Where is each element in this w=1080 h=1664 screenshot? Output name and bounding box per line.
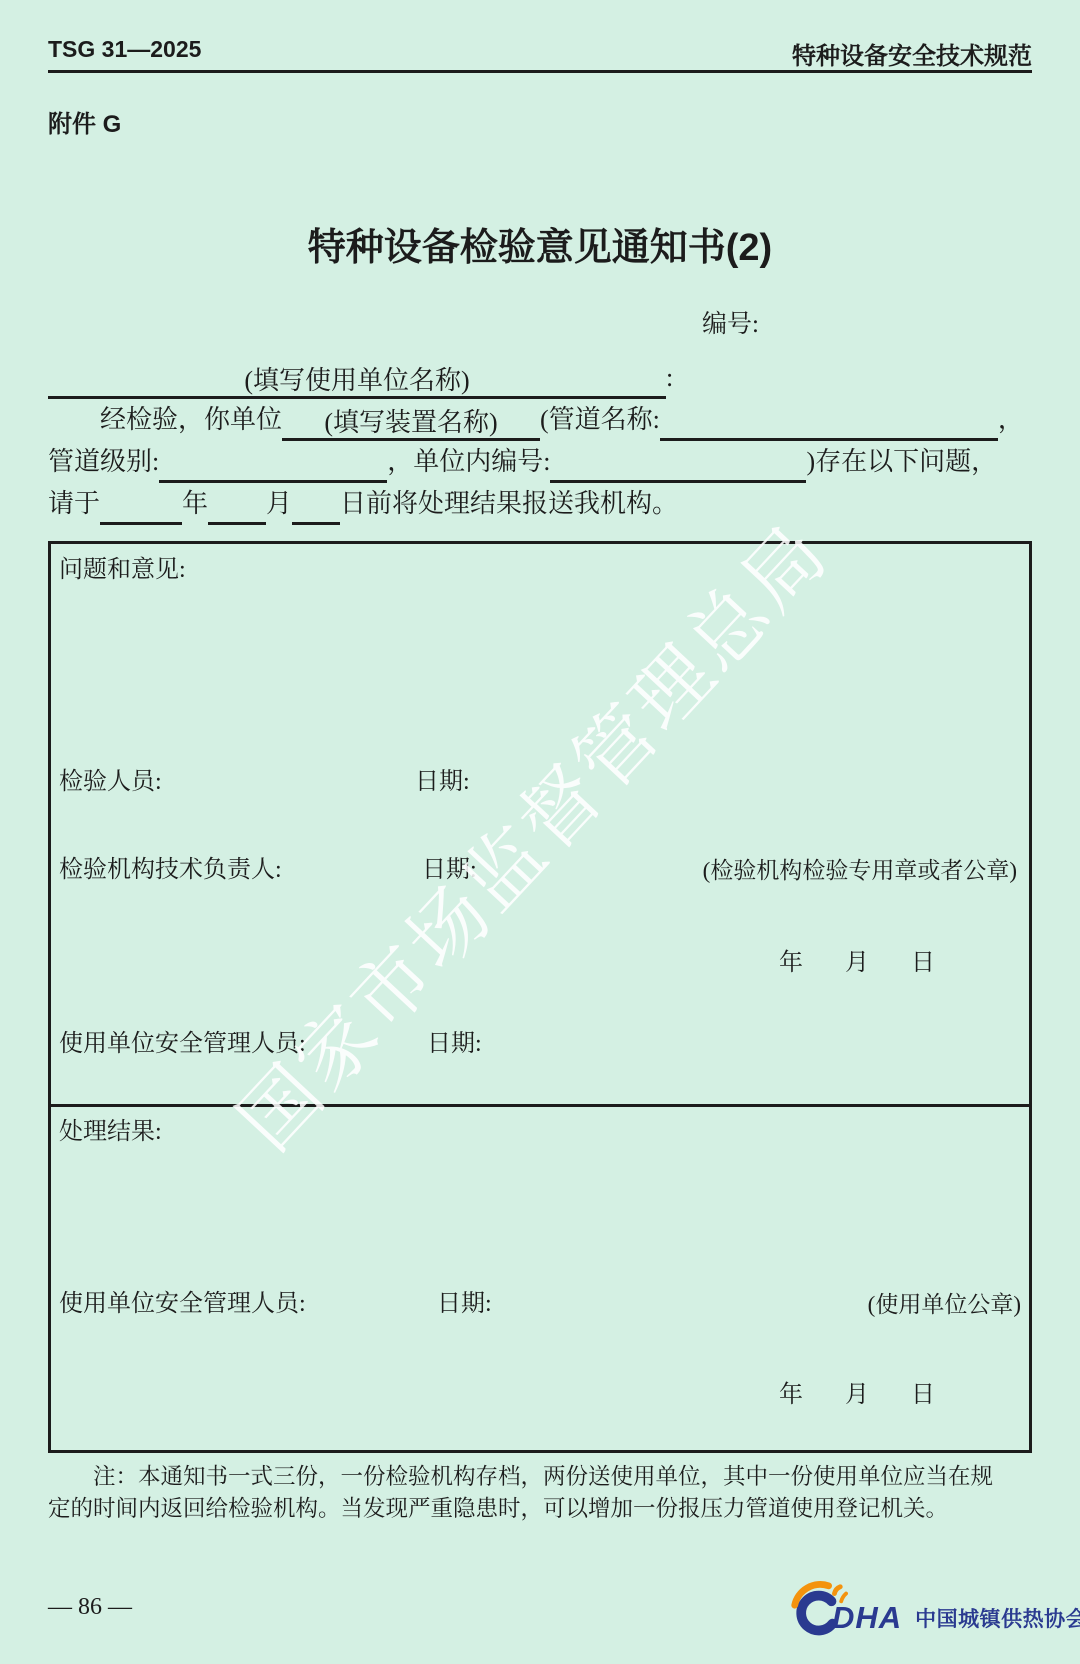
pipeline-name-label: (管道名称: [540,405,660,434]
ymd-month-label: 月 [845,1382,869,1408]
unit-name-hint: (填写使用单位名称) [244,366,469,395]
form-box: 问题和意见: 检验人员: 日期: 检验机构技术负责人: 日期: (检验机构检验专… [48,541,1032,1453]
fill-blank-unit-name: (填写使用单位名称) [48,362,666,399]
org-seal-hint: (检验机构检验专用章或者公章) [703,855,1017,887]
intro-paragraph: (填写使用单位名称): 经检验，你单位(填写装置名称)(管道名称:， 管道级别:… [48,357,1048,525]
ymd-month-label: 月 [845,950,869,976]
ymd-day-label: 日 [911,950,935,976]
pipeline-level-label: 管道级别: [48,447,159,476]
header-rule [48,70,1032,73]
deadline-suffix: 日前将处理结果报送我机构。 [340,489,678,518]
safety-manager-date-label-2: 日期: [437,1288,492,1320]
safety-manager-label-1: 使用单位安全管理人员: [59,1028,306,1060]
section-divider [51,1104,1029,1107]
intro-sentence-prefix: 经检验，你单位 [100,405,282,434]
safety-manager-label-2: 使用单位安全管理人员: [59,1288,306,1320]
year-char: 年 [182,489,208,518]
problems-label: 问题和意见: [59,554,186,586]
document-page: TSG 31—2025 特种设备安全技术规范 附件 G 特种设备检验意见通知书(… [0,0,1080,1664]
intro-comma: ， [998,405,1024,434]
problems-suffix: )存在以下问题， [806,447,997,476]
intro-line-3: 管道级别:，单位内编号:)存在以下问题， [48,441,1048,483]
fill-blank-year [100,488,182,525]
fill-blank-day [292,488,340,525]
header-spec-code: TSG 31—2025 [48,36,201,63]
cdha-logo: DHA 中国城镇供热协会 [786,1578,1080,1644]
tech-leader-date-label: 日期: [422,854,477,886]
unit-number-label: ，单位内编号: [387,447,550,476]
ymd-row-inspection: 年月日 [779,942,935,977]
intro-line-2: 经检验，你单位(填写装置名称)(管道名称:， [48,399,1048,441]
attachment-label: 附件 G [48,104,121,139]
page-number: — 86 — [48,1594,132,1621]
inspector-label: 检验人员: [59,766,162,798]
header-spec-name: 特种设备安全技术规范 [792,36,1032,71]
deadline-prefix: 请于 [48,489,100,518]
fill-blank-pipeline-level [159,446,387,483]
fill-blank-pipeline-name [660,404,998,441]
ymd-year-label: 年 [779,950,803,976]
logo-org-name: 中国城镇供热协会 [915,1603,1080,1633]
device-name-hint: (填写装置名称) [324,408,497,437]
month-char: 月 [266,489,292,518]
footnote: 注：本通知书一式三份，一份检验机构存档，两份送使用单位，其中一份使用单位应当在规… [48,1461,1032,1525]
page-title: 特种设备检验意见通知书(2) [0,216,1080,271]
safety-manager-date-label-1: 日期: [427,1028,482,1060]
tech-leader-label: 检验机构技术负责人: [59,854,282,886]
intro-colon: : [666,363,673,392]
ymd-day-label: 日 [911,1382,935,1408]
logo-acronym: DHA [832,1600,902,1636]
footnote-line-2: 定的时间内返回给检验机构。当发现严重隐患时，可以增加一份报压力管道使用登记机关。 [48,1493,1032,1525]
result-label: 处理结果: [59,1116,162,1148]
fill-blank-month [208,488,266,525]
intro-line-1: (填写使用单位名称): [48,357,1048,399]
ymd-year-label: 年 [779,1382,803,1408]
fill-blank-device-name: (填写装置名称) [282,404,540,441]
number-label: 编号: [702,304,759,340]
inspector-date-label: 日期: [415,766,470,798]
intro-line-4: 请于年月日前将处理结果报送我机构。 [48,483,1048,525]
footnote-line-1: 注：本通知书一式三份，一份检验机构存档，两份送使用单位，其中一份使用单位应当在规 [48,1461,1032,1493]
user-seal-hint: (使用单位公章) [868,1289,1021,1321]
fill-blank-unit-number [550,446,806,483]
ymd-row-user: 年月日 [779,1374,935,1409]
